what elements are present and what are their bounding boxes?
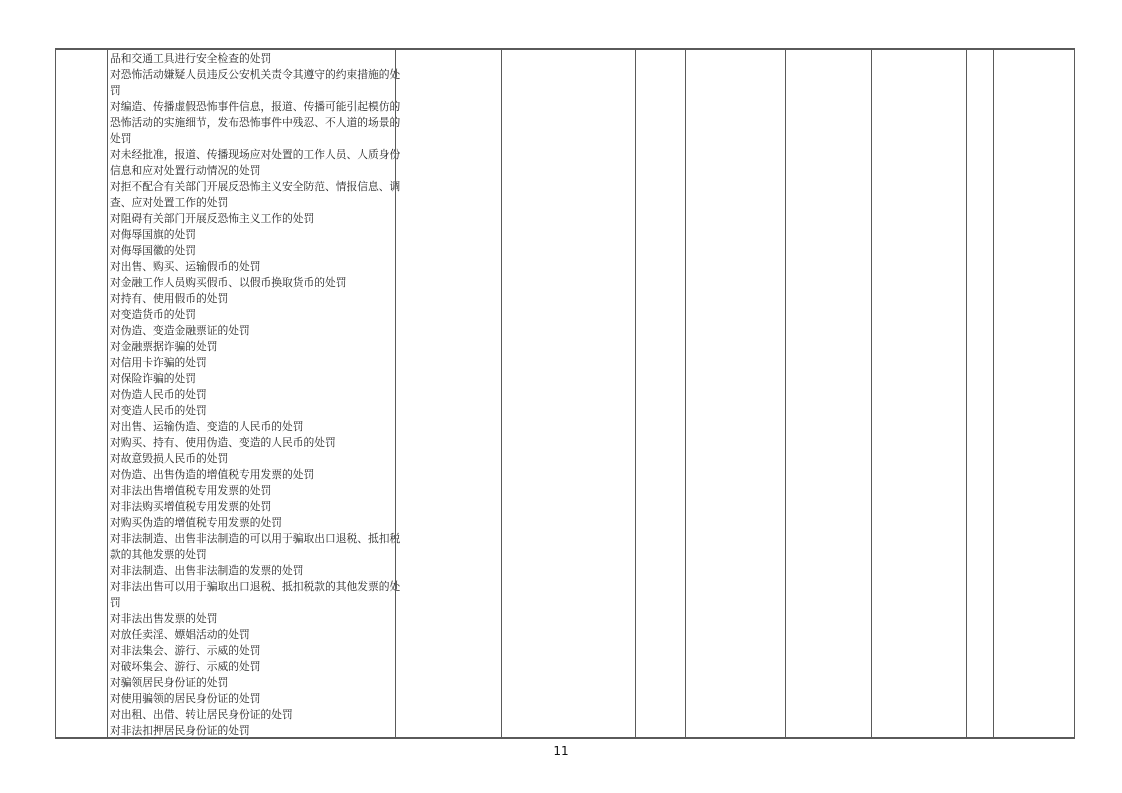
- penalty-line: 对非法制造、出售非法制造的可以用于骗取出口退税、抵扣税: [110, 531, 400, 547]
- table-cell-col4: [501, 50, 635, 739]
- penalty-line: 对非法扣押居民身份证的处罚: [110, 723, 400, 739]
- penalty-line: 对信用卡诈骗的处罚: [110, 355, 400, 371]
- penalty-line: 对购买伪造的增值税专用发票的处罚: [110, 515, 400, 531]
- penalty-line: 对伪造、变造金融票证的处罚: [110, 323, 400, 339]
- penalty-line: 恐怖活动的实施细节，发布恐怖事件中残忍、不人道的场景的: [110, 115, 400, 131]
- penalty-line: 对保险诈骗的处罚: [110, 371, 400, 387]
- table-cell-col7: [785, 50, 871, 739]
- penalty-line: 罚: [110, 595, 400, 611]
- penalty-line: 对使用骗领的居民身份证的处罚: [110, 691, 400, 707]
- penalty-line: 对非法出售增值税专用发票的处罚: [110, 483, 400, 499]
- penalty-line: 对骗领居民身份证的处罚: [110, 675, 400, 691]
- penalty-line: 信息和应对处置行动情况的处罚: [110, 163, 400, 179]
- penalty-line: 罚: [110, 83, 400, 99]
- penalty-line: 对拒不配合有关部门开展反恐怖主义安全防范、情报信息、调: [110, 179, 400, 195]
- table-cell-col9: [966, 50, 993, 739]
- penalty-line: 品和交通工具进行安全检查的处罚: [110, 51, 400, 67]
- table-cell-col6: [685, 50, 785, 739]
- penalty-line: 对非法集会、游行、示威的处罚: [110, 643, 400, 659]
- penalty-line: 对出售、运输伪造、变造的人民币的处罚: [110, 419, 400, 435]
- penalty-line: 对变造人民币的处罚: [110, 403, 400, 419]
- penalty-line: 对金融票据诈骗的处罚: [110, 339, 400, 355]
- penalties-cell: 品和交通工具进行安全检查的处罚对恐怖活动嫌疑人员违反公安机关责令其遵守的约束措施…: [107, 50, 395, 739]
- table-cell-col10: [993, 50, 1074, 739]
- penalty-line: 对伪造人民币的处罚: [110, 387, 400, 403]
- penalty-line: 对非法出售发票的处罚: [110, 611, 400, 627]
- penalty-line: 对金融工作人员购买假币、以假币换取货币的处罚: [110, 275, 400, 291]
- penalty-line: 对非法出售可以用于骗取出口退税、抵扣税款的其他发票的处: [110, 579, 400, 595]
- page-number: 11: [0, 744, 1122, 758]
- penalty-line: 处罚: [110, 131, 400, 147]
- penalty-line: 对非法购买增值税专用发票的处罚: [110, 499, 400, 515]
- penalty-line: 对破坏集会、游行、示威的处罚: [110, 659, 400, 675]
- penalty-line: 对阻碍有关部门开展反恐怖主义工作的处罚: [110, 211, 400, 227]
- penalty-line: 对侮辱国旗的处罚: [110, 227, 400, 243]
- table-cell-col8: [871, 50, 966, 739]
- penalty-line: 对变造货币的处罚: [110, 307, 400, 323]
- penalty-line: 对非法制造、出售非法制造的发票的处罚: [110, 563, 400, 579]
- table-cell-col1: [56, 50, 107, 739]
- penalty-line: 对未经批准，报道、传播现场应对处置的工作人员、人质身份: [110, 147, 400, 163]
- penalty-line: 对购买、持有、使用伪造、变造的人民币的处罚: [110, 435, 400, 451]
- penalty-line: 对出租、出借、转让居民身份证的处罚: [110, 707, 400, 723]
- penalty-line: 对伪造、出售伪造的增值税专用发票的处罚: [110, 467, 400, 483]
- table-cell-col5: [635, 50, 685, 739]
- penalty-line: 对编造、传播虚假恐怖事件信息，报道、传播可能引起模仿的: [110, 99, 400, 115]
- penalty-line: 对侮辱国徽的处罚: [110, 243, 400, 259]
- data-table: 品和交通工具进行安全检查的处罚对恐怖活动嫌疑人员违反公安机关责令其遵守的约束措施…: [55, 48, 1075, 739]
- penalty-line: 对恐怖活动嫌疑人员违反公安机关责令其遵守的约束措施的处: [110, 67, 400, 83]
- table-cell-col3: [395, 50, 501, 739]
- penalty-line: 对故意毁损人民币的处罚: [110, 451, 400, 467]
- penalty-line: 对持有、使用假币的处罚: [110, 291, 400, 307]
- penalty-line: 对出售、购买、运输假币的处罚: [110, 259, 400, 275]
- penalty-line: 款的其他发票的处罚: [110, 547, 400, 563]
- penalty-line: 查、应对处置工作的处罚: [110, 195, 400, 211]
- document-page: 品和交通工具进行安全检查的处罚对恐怖活动嫌疑人员违反公安机关责令其遵守的约束措施…: [0, 0, 1122, 793]
- penalty-line: 对放任卖淫、嫖娼活动的处罚: [110, 627, 400, 643]
